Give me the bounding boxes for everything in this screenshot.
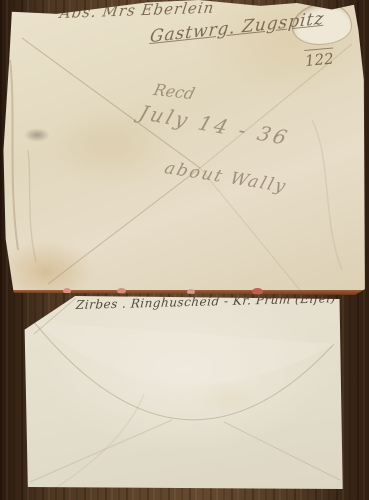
sender-line-1: Abs. Mrs Eberlein bbox=[59, 0, 216, 22]
wax-dot bbox=[187, 289, 195, 295]
wax-dot bbox=[63, 288, 71, 294]
pencil-note-subject: about Wally bbox=[162, 158, 289, 197]
bottom-envelope-back: Zirbes . Ringhuscheid - Kr. Prüm (Eifel) bbox=[24, 294, 344, 492]
photo-of-envelopes-on-wood: Abs. Mrs Eberlein Gastwrg. Zugspitz 122 … bbox=[0, 0, 369, 500]
wax-dot bbox=[252, 288, 263, 295]
pencil-note-date: July 14 - 36 bbox=[136, 100, 293, 149]
house-number: 122 bbox=[304, 48, 334, 70]
red-seal-edge bbox=[9, 290, 364, 295]
top-envelope-back: Abs. Mrs Eberlein Gastwrg. Zugspitz 122 … bbox=[2, 0, 366, 295]
wax-dot bbox=[117, 288, 126, 294]
bottom-envelope-crease-lines bbox=[24, 294, 344, 492]
grey-smudge-mark bbox=[20, 126, 54, 144]
pencil-note-received: Recd bbox=[152, 80, 197, 103]
